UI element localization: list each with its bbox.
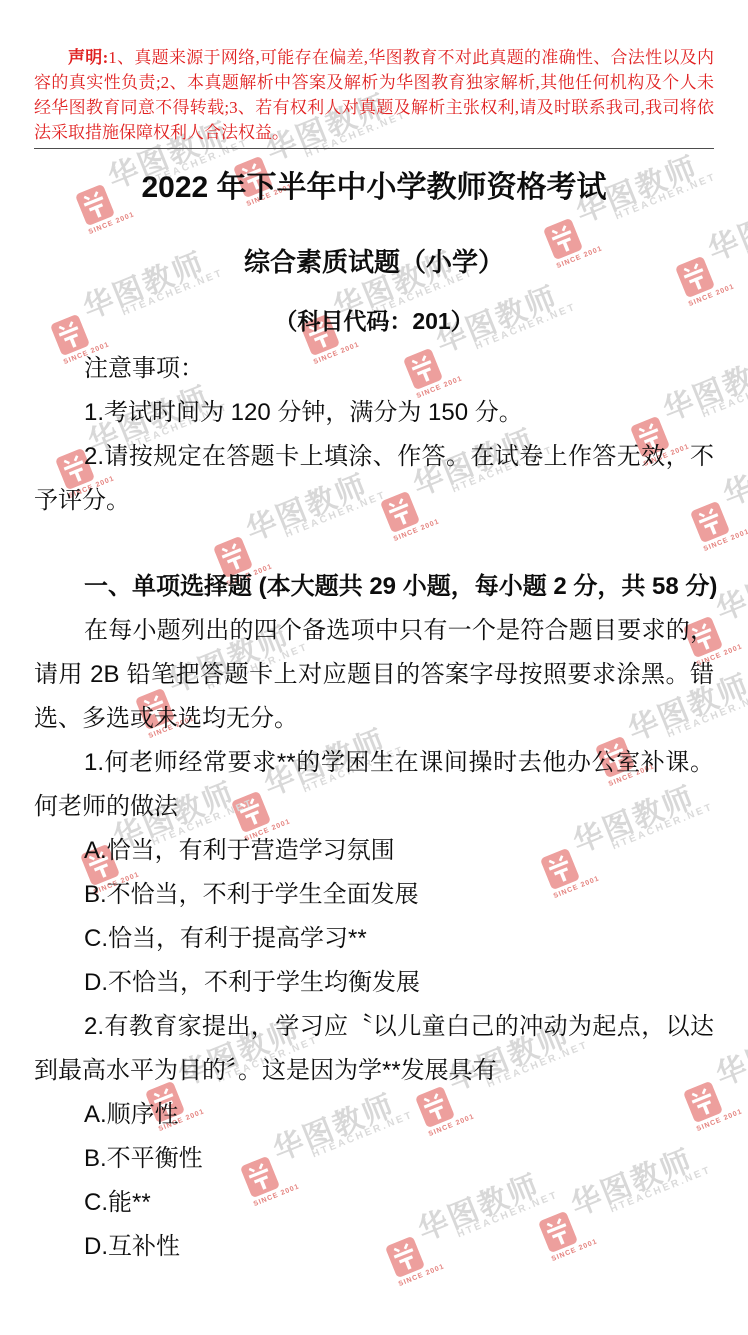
notice-heading: 注意事项： (34, 347, 714, 391)
disclaimer-label: 声明: (68, 48, 108, 67)
page-content: 声明:1、真题来源于网络,可能存在偏差,华图教育不对此真题的准确性、合法性以及内… (0, 0, 748, 1269)
subject-code: （科目代码：201） (34, 305, 714, 337)
question-stem: 2.有教育家提出，学习应〝以儿童白己的冲动为起点，以达到最高水平为目的〞。这是因… (34, 1005, 714, 1093)
notice-item: 1.考试时间为 120 分钟，满分为 150 分。 (34, 391, 714, 435)
question-option: D.互补性 (34, 1225, 714, 1269)
exam-body: 注意事项： 1.考试时间为 120 分钟，满分为 150 分。 2.请按规定在答… (34, 347, 714, 1269)
section-instructions: 在每小题列出的四个备选项中只有一个是符合题目要求的，请用 2B 铅笔把答题卡上对… (34, 609, 714, 741)
question-option: C.恰当，有利于提高学习** (34, 917, 714, 961)
question-stem: 1.何老师经常要求**的学困生在课间操时去他办公室补课。何老师的做法 (34, 741, 714, 829)
divider-line (34, 148, 714, 149)
disclaimer-body: 1、真题来源于网络,可能存在偏差,华图教育不对此真题的准确性、合法性以及内容的真… (34, 48, 714, 142)
question-option: A.恰当，有利于营造学习氛围 (34, 829, 714, 873)
notice-item: 2.请按规定在答题卡上填涂、作答。在试卷上作答无效，不予评分。 (34, 435, 714, 523)
exam-paper-page: SINCE 2001华图教师HTEACHER.NETSINCE 2001华图教师… (0, 0, 748, 1335)
section-heading: 一、单项选择题 (本大题共 29 小题，每小题 2 分，共 58 分) (34, 565, 714, 609)
page-subtitle: 综合素质试题（小学） (34, 244, 714, 280)
disclaimer-text: 声明:1、真题来源于网络,可能存在偏差,华图教育不对此真题的准确性、合法性以及内… (34, 45, 714, 145)
question-option: C.能** (34, 1181, 714, 1225)
question-option: B.不恰当，不利于学生全面发展 (34, 873, 714, 917)
question-option: A.顺序性 (34, 1093, 714, 1137)
page-title: 2022 年下半年中小学教师资格考试 (34, 166, 714, 210)
question-option: D.不恰当，不利于学生均衡发展 (34, 961, 714, 1005)
question-option: B.不平衡性 (34, 1137, 714, 1181)
